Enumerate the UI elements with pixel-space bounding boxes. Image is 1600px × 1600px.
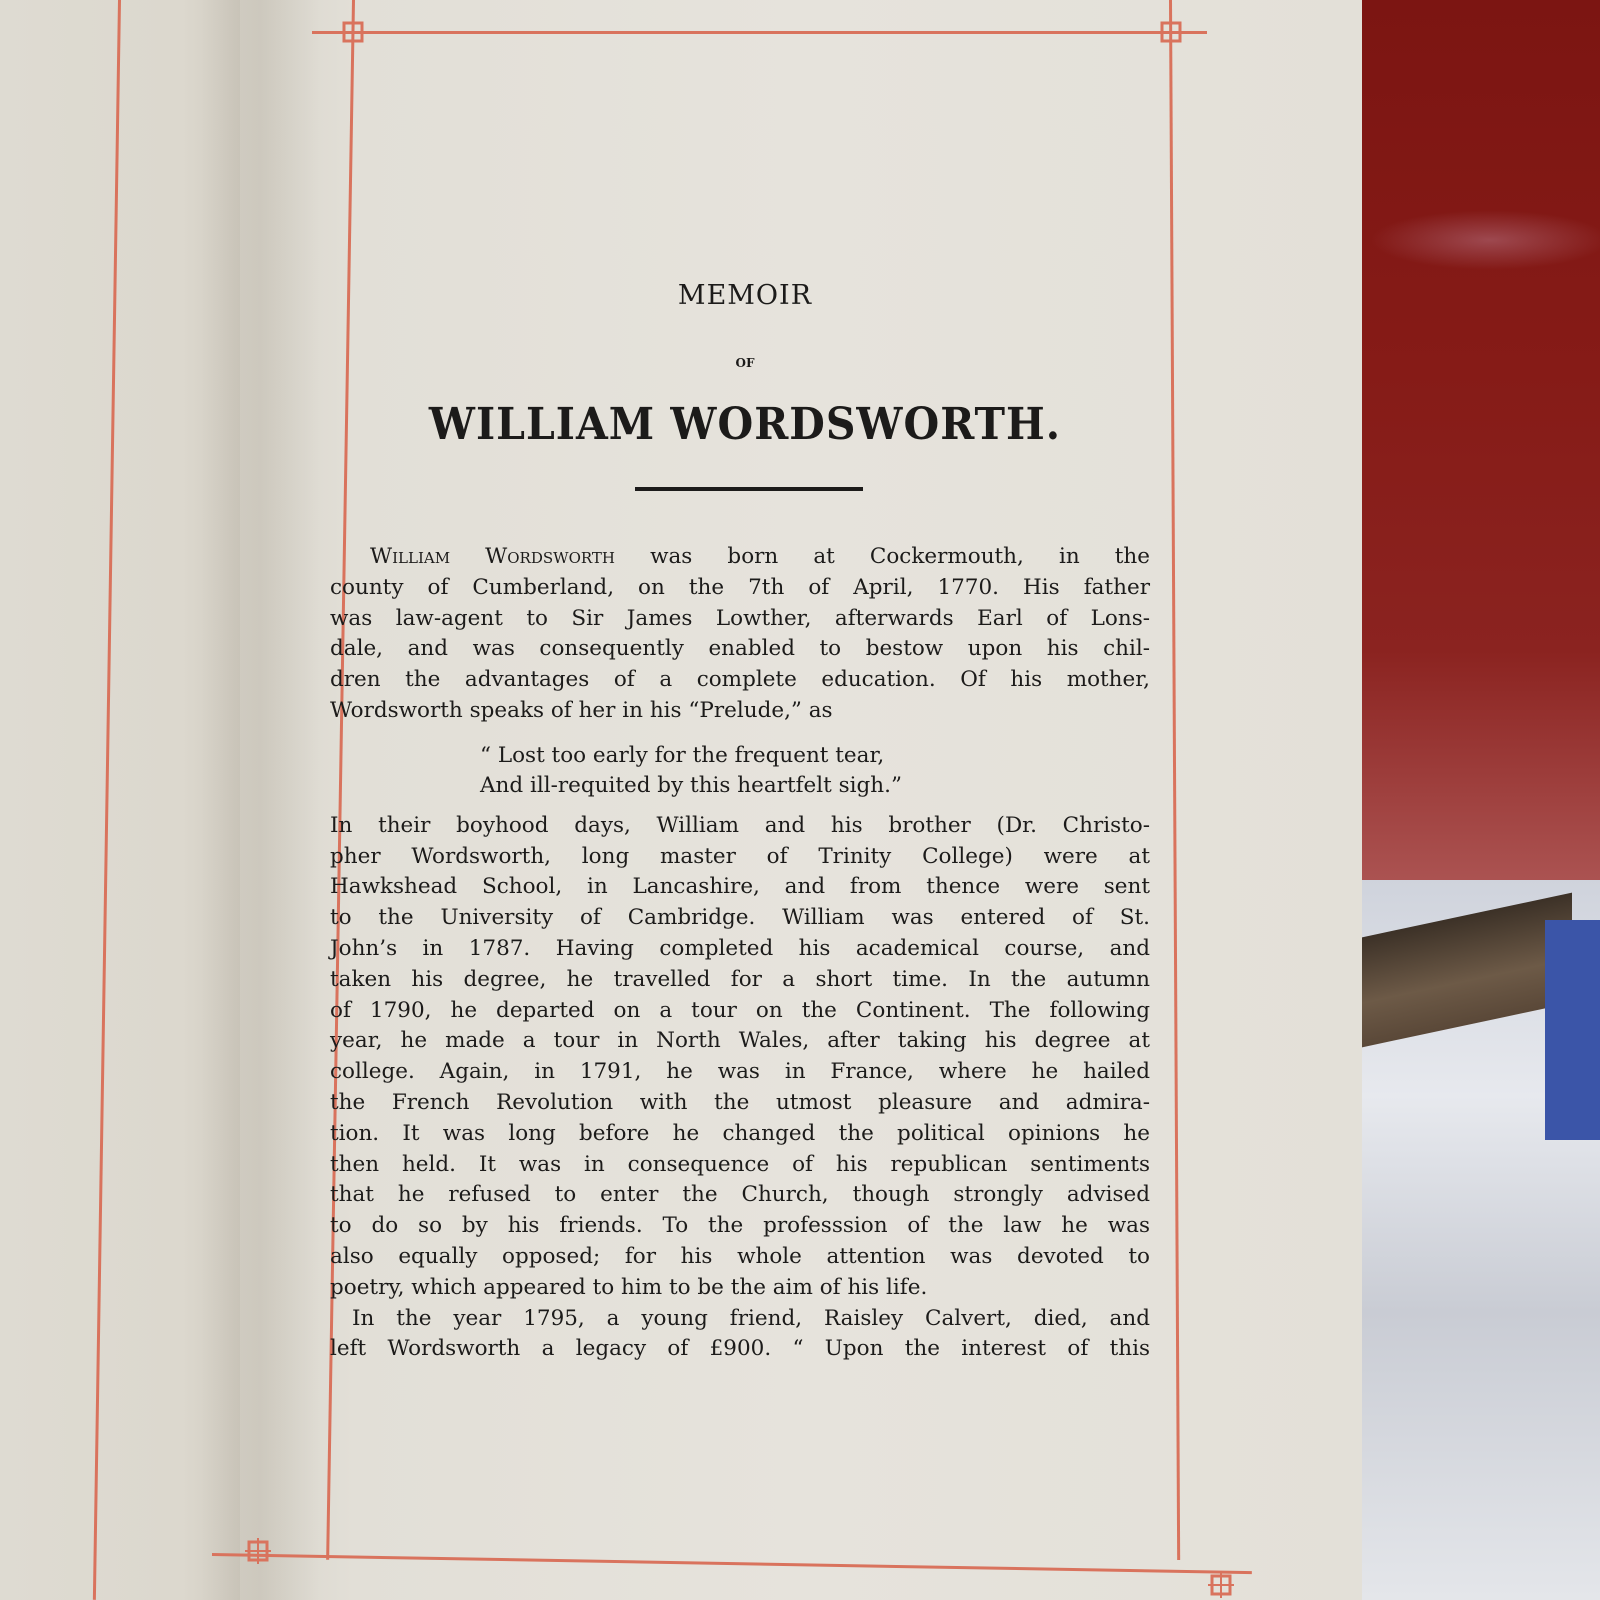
paragraph-3: In the year 1795, a young friend, Raisle… xyxy=(330,1304,1150,1366)
background-blue-object xyxy=(1545,920,1600,1140)
page-title: WILLIAM WORDSWORTH. xyxy=(330,398,1160,450)
corner-ornament-icon xyxy=(1208,1572,1234,1598)
title-divider xyxy=(635,487,863,491)
heading-of: OF xyxy=(330,356,1160,370)
red-book-cover xyxy=(1362,0,1600,930)
corner-ornament-icon xyxy=(340,19,366,45)
corner-ornament-icon xyxy=(1158,19,1184,45)
cover-glare xyxy=(1370,210,1600,270)
heading-memoir: MEMOIR xyxy=(330,280,1160,311)
paragraph-1-cont: county of Cumberland, on the 7th of Apri… xyxy=(330,573,1150,727)
frame-top-rule xyxy=(312,31,1207,34)
prelude-quotation: “ Lost too early for the frequent tear, … xyxy=(480,741,1150,801)
gutter-shadow xyxy=(200,0,320,1600)
corner-ornament-icon xyxy=(245,1538,271,1564)
paragraph-1: William Wordsworth was born at Cockermou… xyxy=(330,542,1150,573)
paragraph-2: In their boyhood days, William and his b… xyxy=(330,811,1150,1304)
memoir-body: William Wordsworth was born at Cockermou… xyxy=(330,542,1150,1365)
